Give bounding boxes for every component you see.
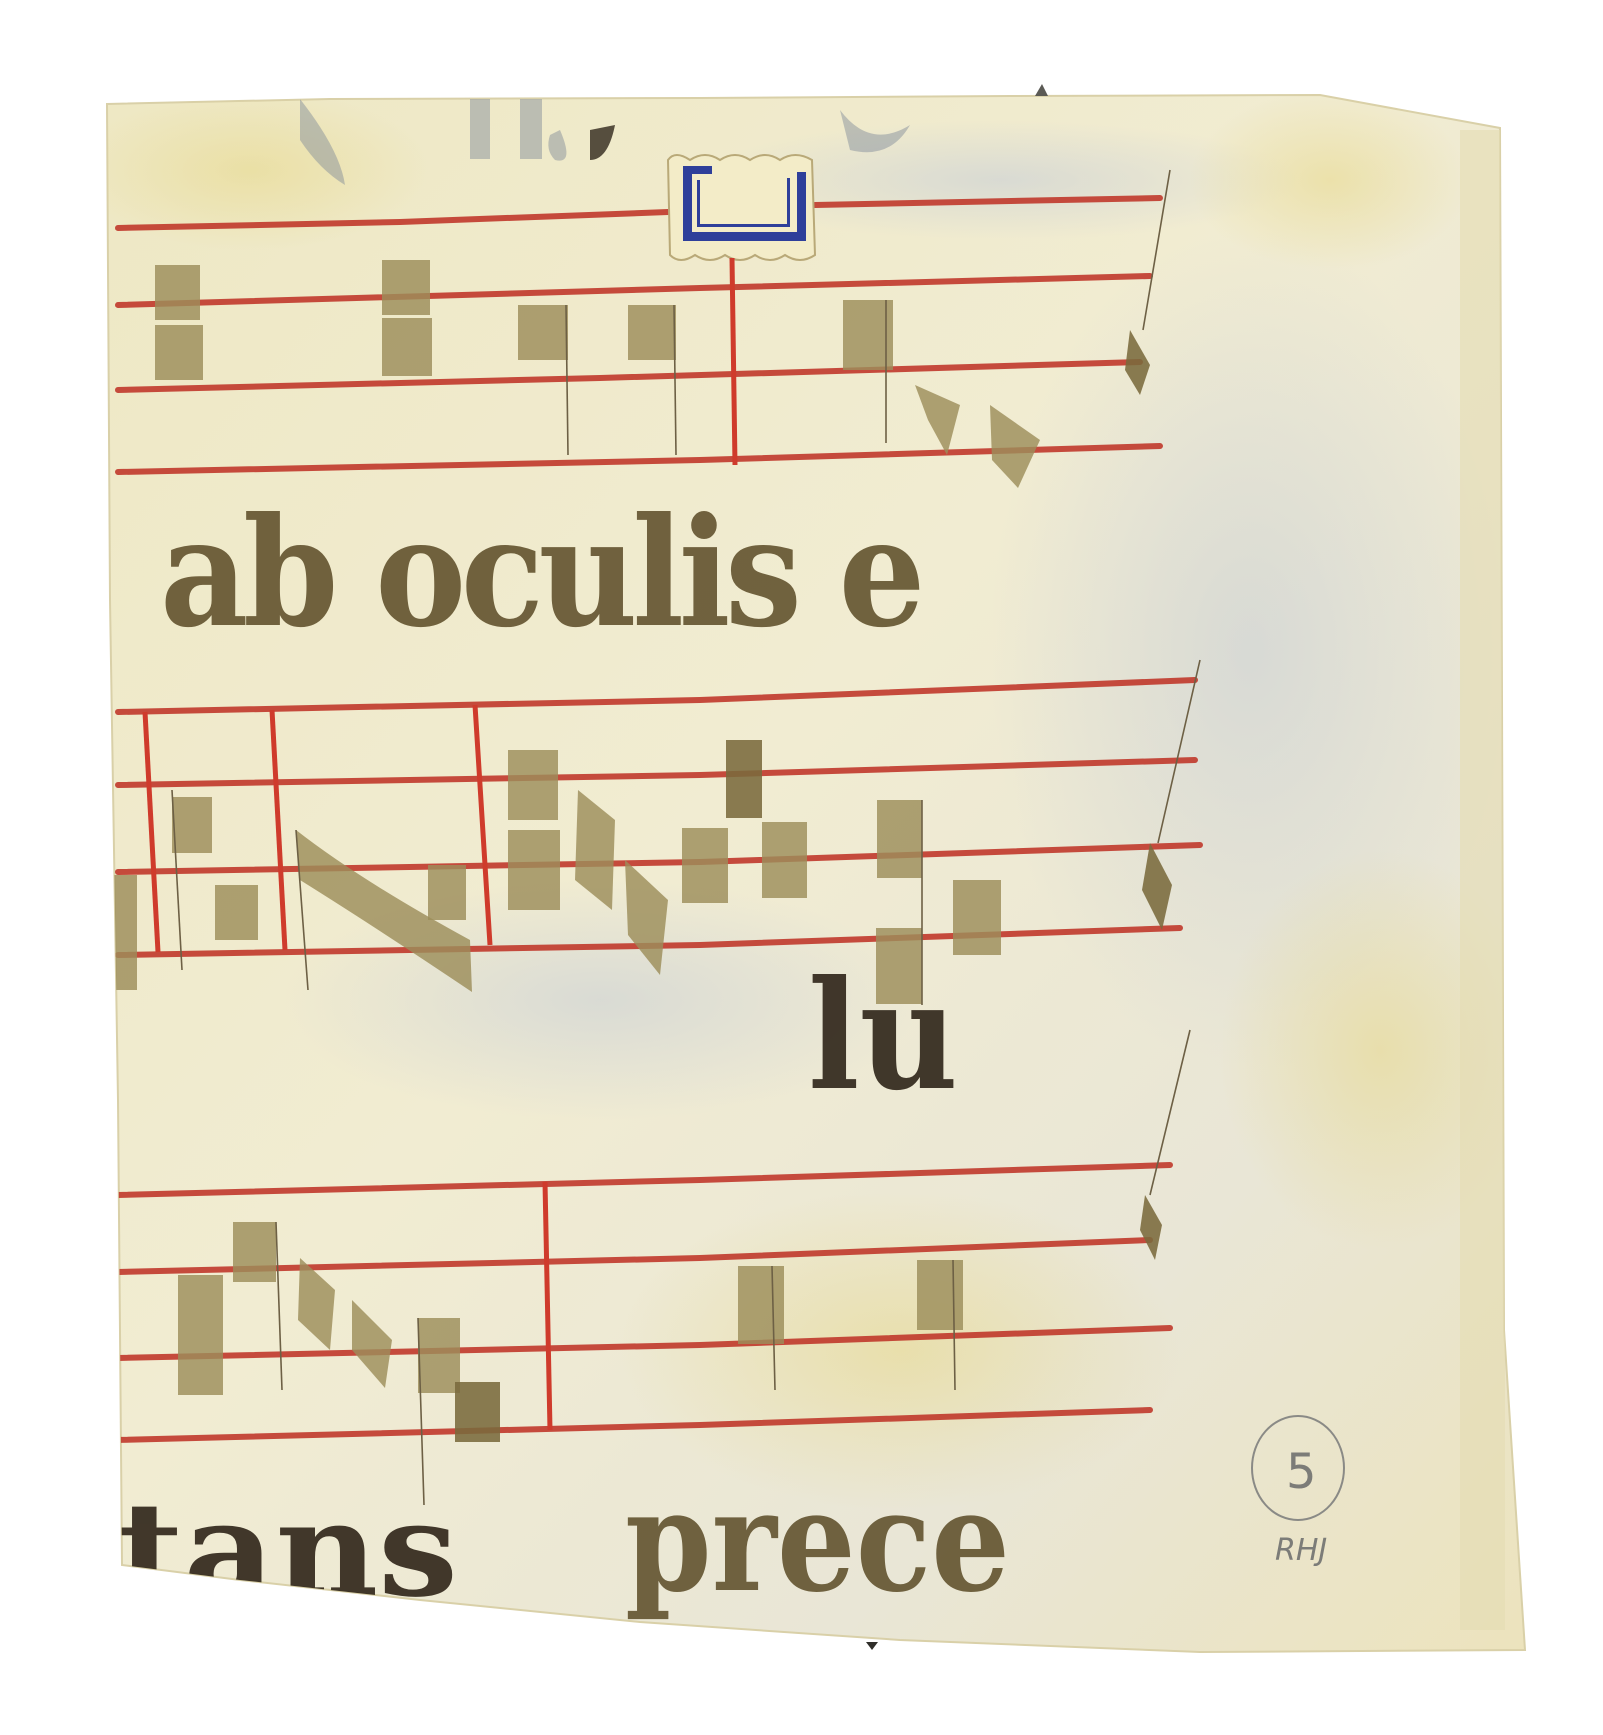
edge-tear-top <box>1035 84 1048 96</box>
lyric-line-3-left: tans <box>118 1473 458 1626</box>
edge-tear-bottom <box>866 1642 878 1650</box>
circled-number: 5 <box>1286 1444 1317 1500</box>
lyric-line-2: lu <box>808 948 958 1124</box>
initial-box <box>668 155 815 260</box>
lyric-line-3-right: prece <box>625 1460 1010 1624</box>
collector-initials: RHJ <box>1275 1533 1327 1568</box>
manuscript-leaf: ab oculis e <box>0 0 1603 1735</box>
lyric-line-1: ab oculis e <box>160 485 920 661</box>
